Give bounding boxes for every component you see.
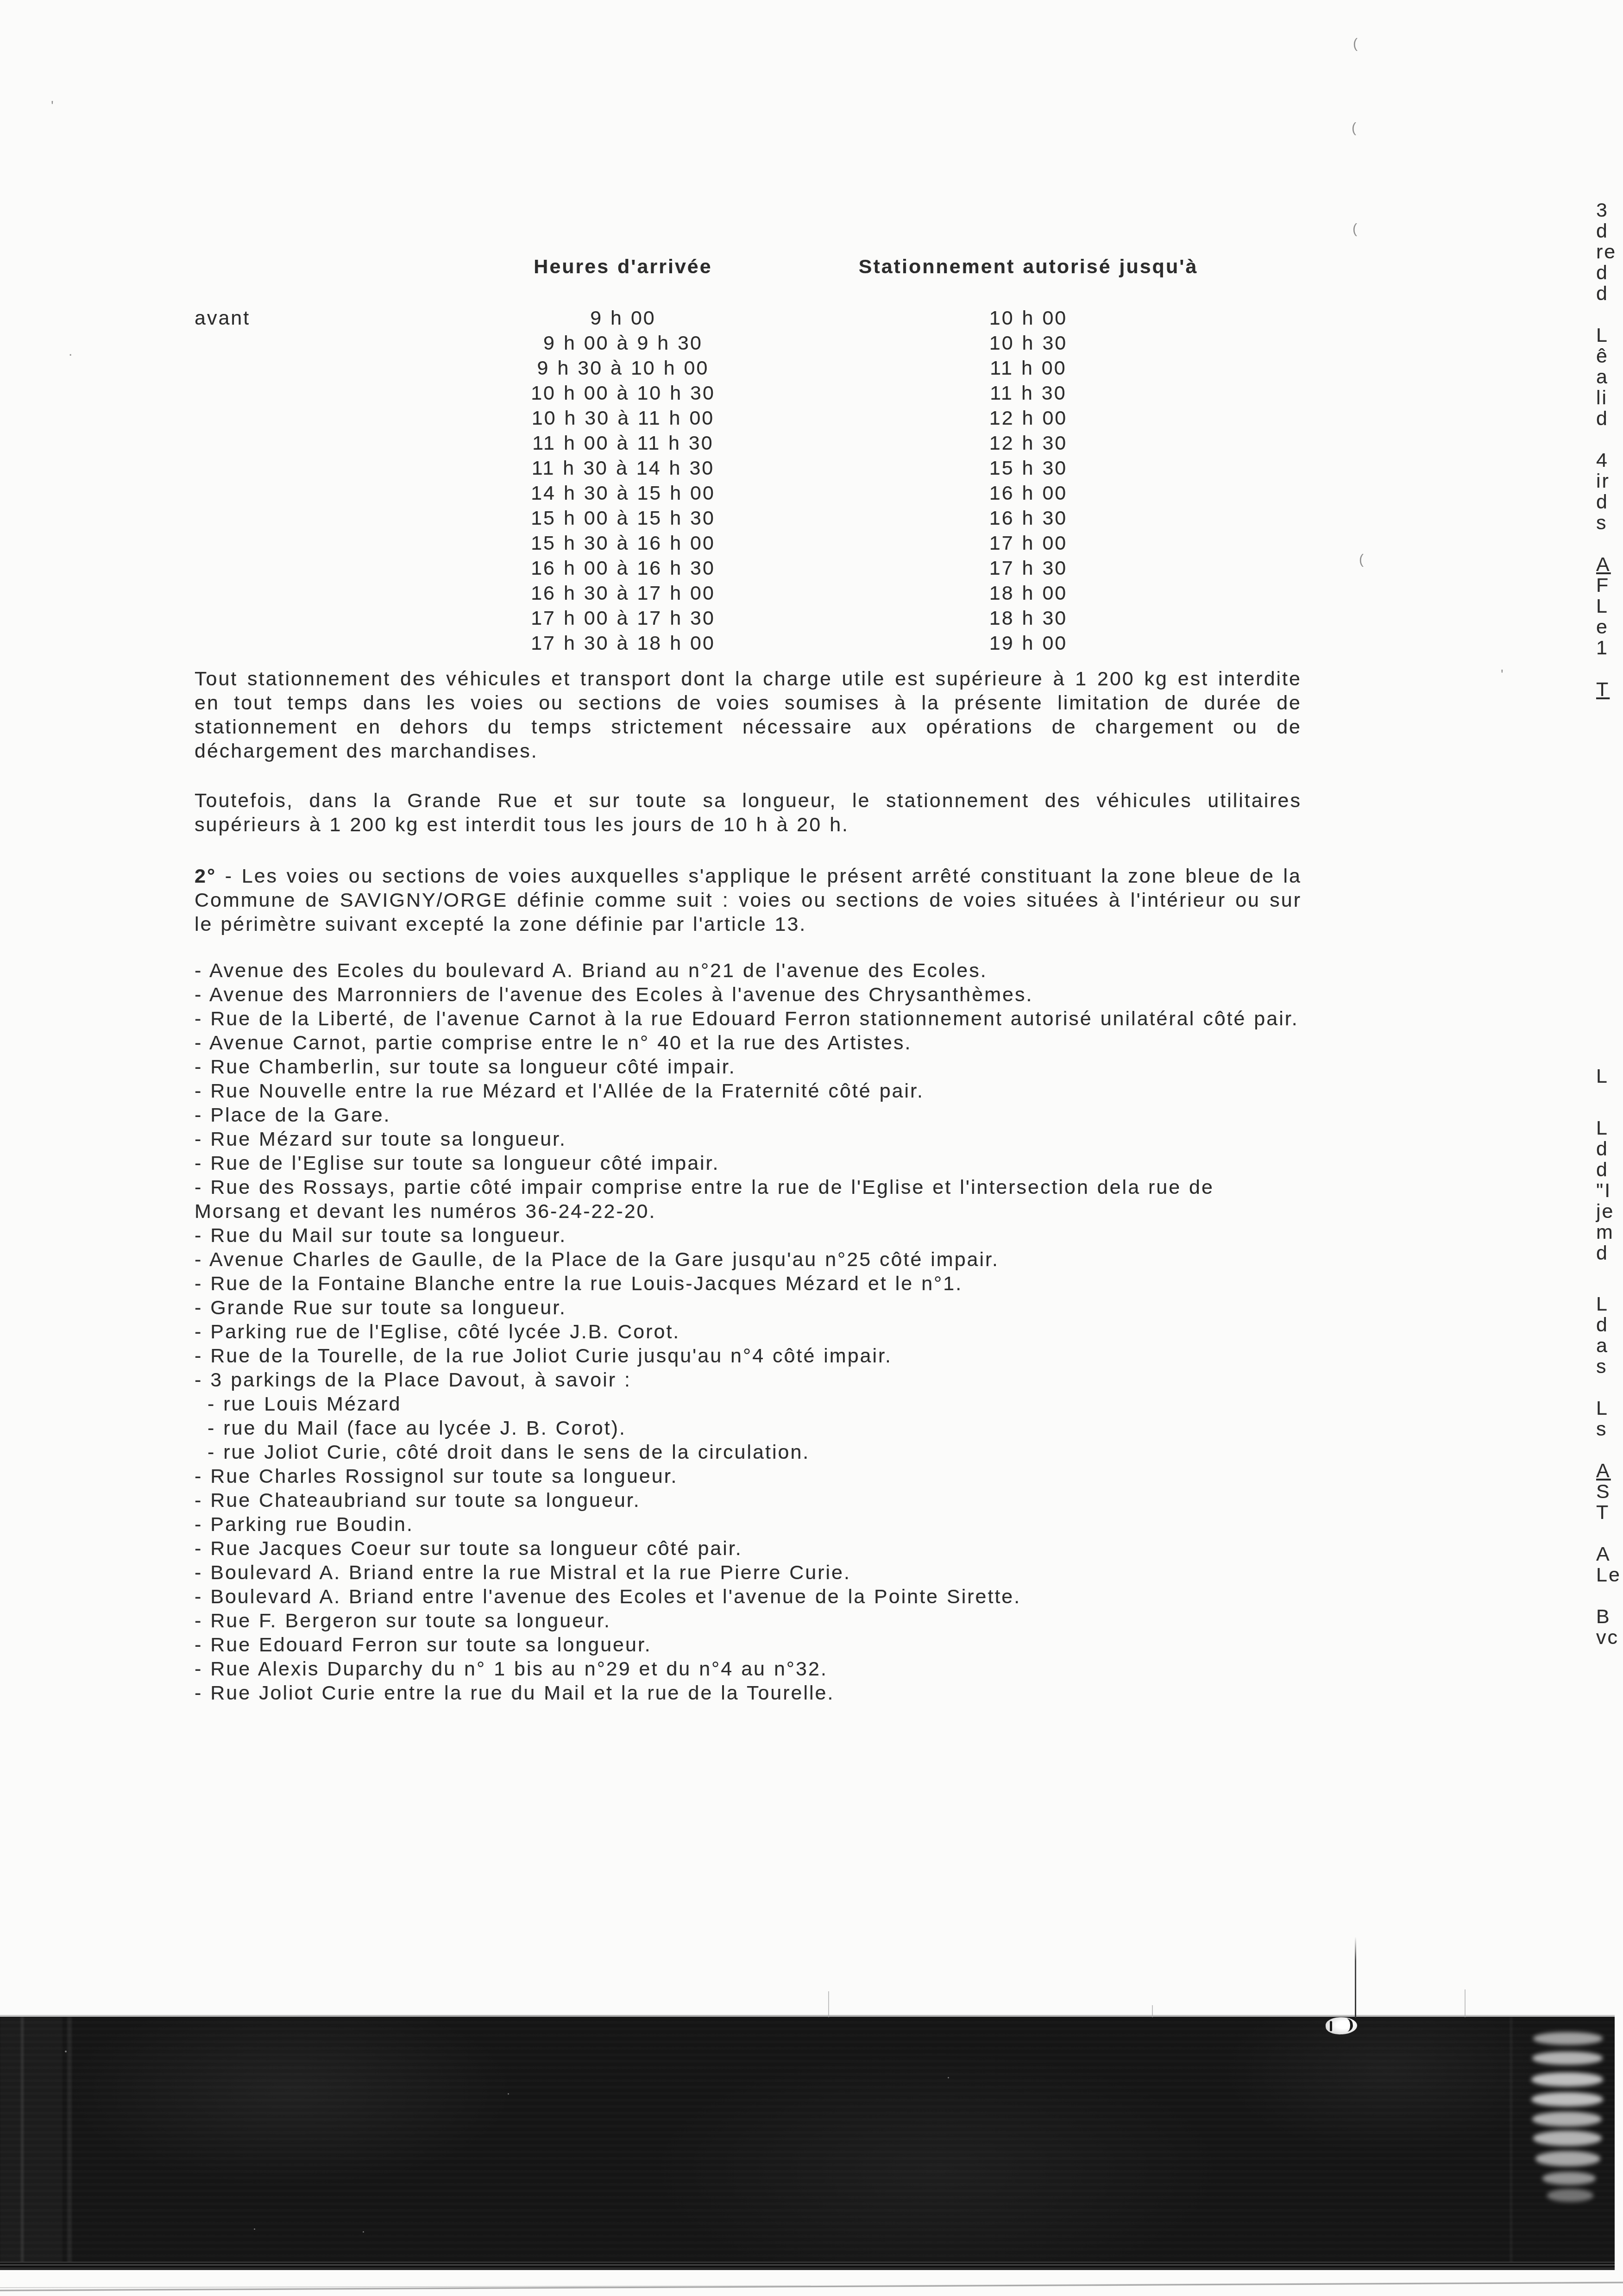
street-list-item: - Avenue Charles de Gaulle, de la Place …	[195, 1248, 1304, 1272]
street-list-item: - Rue des Rossays, partie côté impair co…	[195, 1175, 1304, 1223]
scan-tick	[1152, 2005, 1153, 2017]
street-list: - Avenue des Ecoles du boulevard A. Bria…	[195, 959, 1304, 1705]
edge-fragment-line: L	[1596, 1397, 1609, 1419]
table-cell-arrival: 15 h 30 à 16 h 00	[531, 532, 715, 555]
scan-speck: (	[1359, 552, 1364, 568]
edge-fragment-line: Le	[1596, 1564, 1621, 1586]
edge-fragment-line: A	[1596, 1543, 1611, 1565]
edge-fragment-line: F	[1596, 574, 1610, 596]
gel-ladder-band	[1535, 2151, 1600, 2166]
white-speck	[948, 2077, 949, 2078]
table-cell-arrival: 10 h 00 à 10 h 30	[531, 382, 715, 405]
edge-fragment-line: S	[1596, 1480, 1611, 1503]
gel-ladder-band	[1531, 2092, 1603, 2107]
street-list-item: - Avenue des Ecoles du boulevard A. Bria…	[195, 959, 1304, 983]
scan-band-bottom-edge	[0, 2262, 1615, 2270]
street-list-item: - rue du Mail (face au lycée J. B. Corot…	[195, 1416, 1304, 1440]
table-cell-until: 17 h 30	[989, 557, 1067, 580]
edge-fragment-line: d	[1596, 1159, 1609, 1181]
edge-fragment-line: "I	[1596, 1179, 1611, 1202]
white-speck	[254, 2228, 255, 2230]
scan-speck: (	[1352, 221, 1357, 237]
table-cell-arrival: 9 h 30 à 10 h 00	[537, 357, 709, 380]
edge-fragment-line: a	[1596, 1335, 1609, 1357]
table-cell-until: 11 h 00	[990, 357, 1066, 380]
table-cell-arrival: 9 h 00 à 9 h 30	[543, 332, 703, 355]
table-cell-arrival: 17 h 00 à 17 h 30	[531, 607, 715, 630]
edge-fragment-line: s	[1596, 512, 1608, 534]
street-list-item: - Rue Charles Rossignol sur toute sa lon…	[195, 1464, 1304, 1488]
gel-ladder-band	[1532, 2112, 1602, 2127]
blob-paren-mark	[1345, 2018, 1353, 2032]
table-header-until: Stationnement autorisé jusqu'à	[859, 256, 1198, 278]
table-cell-arrival: 11 h 30 à 14 h 30	[532, 457, 715, 480]
edge-fragment-line: 4	[1596, 449, 1609, 471]
edge-fragment-line: d	[1596, 491, 1609, 513]
street-list-item: - Rue Mézard sur toute sa longueur.	[195, 1127, 1304, 1151]
edge-fragment-line: B	[1596, 1606, 1611, 1628]
blob-tick-mark	[1330, 2021, 1332, 2031]
table-cell-until: 12 h 30	[989, 432, 1067, 455]
article-2-number: 2°	[195, 865, 216, 887]
edge-fragment-line: ir	[1596, 470, 1610, 492]
street-list-item: - Rue de la Liberté, de l'avenue Carnot …	[195, 1007, 1304, 1031]
edge-fragment-line: d	[1596, 1242, 1609, 1264]
table-cell-arrival: 16 h 30 à 17 h 00	[531, 582, 715, 605]
edge-fragment-line: s	[1596, 1418, 1608, 1440]
article-2-text: - Les voies ou sections de voies auxquel…	[195, 865, 1302, 935]
edge-fragment-line: vc	[1596, 1626, 1619, 1649]
table-row: 14 h 30 à 15 h 0016 h 00	[195, 482, 1302, 507]
edge-fragment-line: A	[1596, 553, 1611, 576]
table-cell-arrival: 17 h 30 à 18 h 00	[531, 632, 715, 655]
white-speck	[363, 2231, 364, 2233]
edge-fragment-line: d	[1596, 1314, 1609, 1336]
street-list-item: - Parking rue Boudin.	[195, 1512, 1304, 1537]
street-list-item: - Grande Rue sur toute sa longueur.	[195, 1296, 1304, 1320]
street-list-item: - Rue Joliot Curie entre la rue du Mail …	[195, 1681, 1304, 1705]
edge-fragment-line: d	[1596, 408, 1609, 430]
table-row: 10 h 00 à 10 h 3011 h 30	[195, 382, 1302, 407]
gel-ladder-band	[1533, 2131, 1602, 2146]
table-cell-until: 16 h 30	[989, 507, 1067, 530]
street-list-item: - Rue de l'Eglise sur toute sa longueur …	[195, 1151, 1304, 1175]
scan-streak	[67, 2017, 72, 2264]
scan-speck: '	[1501, 667, 1503, 683]
edge-fragment-line: a	[1596, 366, 1609, 388]
edge-fragment-line: d	[1596, 282, 1609, 305]
table-row: 10 h 30 à 11 h 0012 h 00	[195, 407, 1302, 432]
edge-fragment-line: T	[1596, 678, 1610, 701]
street-list-item: - Rue Jacques Coeur sur toute sa longueu…	[195, 1537, 1304, 1561]
scan-streak	[0, 2017, 63, 2264]
street-list-item: - Rue F. Bergeron sur toute sa longueur.	[195, 1609, 1304, 1633]
table-cell-arrival: 14 h 30 à 15 h 00	[531, 482, 715, 505]
table-row: 16 h 00 à 16 h 3017 h 30	[195, 557, 1302, 582]
table-row: 11 h 30 à 14 h 3015 h 30	[195, 457, 1302, 482]
street-list-item: - Rue Edouard Ferron sur toute sa longue…	[195, 1633, 1304, 1657]
street-list-item: - 3 parkings de la Place Davout, à savoi…	[195, 1368, 1304, 1392]
edge-fragment-line: d	[1596, 220, 1609, 242]
street-list-item: - Rue de la Fontaine Blanche entre la ru…	[195, 1272, 1304, 1296]
paragraph-weight-restriction: Tout stationnement des véhicules et tran…	[195, 667, 1302, 763]
gel-ladder-band	[1542, 2172, 1596, 2185]
table-cell-until: 16 h 00	[989, 482, 1067, 505]
table-cell-arrival: 9 h 00	[590, 307, 656, 330]
table-cell-until: 10 h 00	[989, 307, 1067, 330]
street-list-item: - Avenue Carnot, partie comprise entre l…	[195, 1031, 1304, 1055]
scan-speck: .	[69, 344, 72, 359]
edge-fragment-line: 1	[1596, 637, 1609, 659]
edge-fragment-line: je	[1596, 1200, 1614, 1223]
scanned-document-page: Heures d'arrivée Stationnement autorisé …	[0, 0, 1623, 2296]
scan-tick	[1465, 1989, 1466, 2017]
paragraph-article-2: 2° - Les voies ou sections de voies auxq…	[195, 864, 1302, 936]
table-cell-until: 18 h 00	[989, 582, 1067, 605]
edge-fragment-line: e	[1596, 616, 1609, 638]
gel-ladder-band	[1533, 2032, 1603, 2045]
table-cell-arrival: 15 h 00 à 15 h 30	[531, 507, 715, 530]
table-row: 11 h 00 à 11 h 3012 h 30	[195, 432, 1302, 457]
table-cell-until: 15 h 30	[989, 457, 1067, 480]
table-row: 16 h 30 à 17 h 0018 h 00	[195, 582, 1302, 607]
right-edge-cutoff-column: 3dreddLêalid4irdsAFLe1TLLdd"IjemdLdasLsA…	[1595, 0, 1623, 2296]
edge-fragment-line: L	[1596, 1293, 1609, 1315]
edge-fragment-line: m	[1596, 1221, 1614, 1243]
edge-fragment-line: A	[1596, 1460, 1611, 1482]
street-list-item: - rue Louis Mézard	[195, 1392, 1304, 1416]
gel-ladder-band	[1532, 2051, 1603, 2065]
edge-fragment-line: ê	[1596, 345, 1609, 367]
table-cell-until: 11 h 30	[990, 382, 1066, 405]
scanner-black-band	[0, 2017, 1615, 2264]
parking-table-rows: avant9 h 0010 h 009 h 00 à 9 h 3010 h 30…	[195, 307, 1302, 657]
street-list-item: - Rue Chamberlin, sur toute sa longueur …	[195, 1055, 1304, 1079]
edge-fragment-line: L	[1596, 595, 1609, 617]
street-list-item: - Avenue des Marronniers de l'avenue des…	[195, 983, 1304, 1007]
scan-speck: (	[1353, 36, 1358, 52]
street-list-item: - rue Joliot Curie, côté droit dans le s…	[195, 1440, 1304, 1464]
street-list-item: - Boulevard A. Briand entre l'avenue des…	[195, 1585, 1304, 1609]
table-row: 15 h 00 à 15 h 3016 h 30	[195, 507, 1302, 532]
table-cell-until: 12 h 00	[989, 407, 1067, 430]
table-row: 15 h 30 à 16 h 0017 h 00	[195, 532, 1302, 557]
parking-table-header: Heures d'arrivée Stationnement autorisé …	[195, 256, 1302, 283]
table-cell-arrival: 16 h 00 à 16 h 30	[531, 557, 715, 580]
edge-fragment-line: T	[1596, 1501, 1610, 1524]
white-speck	[508, 2093, 509, 2095]
scan-speck: '	[51, 98, 54, 114]
scan-speck: (	[1352, 120, 1356, 136]
table-row: 17 h 00 à 17 h 3018 h 30	[195, 607, 1302, 632]
street-list-item: - Rue Nouvelle entre la rue Mézard et l'…	[195, 1079, 1304, 1103]
table-cell-until: 19 h 00	[989, 632, 1067, 655]
street-list-item: - Rue de la Tourelle, de la rue Joliot C…	[195, 1344, 1304, 1368]
white-speck	[65, 2051, 67, 2052]
table-header-arrival: Heures d'arrivée	[534, 256, 712, 278]
table-row: 9 h 00 à 9 h 3010 h 30	[195, 332, 1302, 357]
edge-fragment-line: L	[1596, 1065, 1609, 1087]
street-list-item: - Rue Alexis Duparchy du n° 1 bis au n°2…	[195, 1657, 1304, 1681]
table-cell-until: 17 h 00	[989, 532, 1067, 555]
scan-streak	[1510, 2017, 1512, 2264]
street-list-item: - Rue Chateaubriand sur toute sa longueu…	[195, 1488, 1304, 1512]
street-list-item: - Boulevard A. Briand entre la rue Mistr…	[195, 1561, 1304, 1585]
edge-fragment-line: L	[1596, 1117, 1609, 1139]
vertical-scratch-line	[1355, 1937, 1356, 2018]
table-cell-arrival: 10 h 30 à 11 h 00	[532, 407, 715, 430]
table-row-label: avant	[195, 307, 250, 330]
scan-tick	[828, 1991, 829, 2017]
gel-ladder-band	[1547, 2189, 1593, 2202]
paragraph-grande-rue: Toutefois, dans la Grande Rue et sur tou…	[195, 789, 1302, 837]
table-cell-until: 10 h 30	[989, 332, 1067, 355]
edge-fragment-line: L	[1596, 324, 1609, 346]
gel-ladder-band	[1531, 2072, 1603, 2087]
street-list-item: - Rue du Mail sur toute sa longueur.	[195, 1223, 1304, 1248]
street-list-item: - Place de la Gare.	[195, 1103, 1304, 1127]
edge-fragment-line: d	[1596, 262, 1609, 284]
table-cell-until: 18 h 30	[989, 607, 1067, 630]
edge-fragment-line: li	[1596, 387, 1608, 409]
table-row: avant9 h 0010 h 00	[195, 307, 1302, 332]
table-row: 9 h 30 à 10 h 0011 h 00	[195, 357, 1302, 382]
edge-fragment-line: d	[1596, 1138, 1609, 1160]
table-row: 17 h 30 à 18 h 0019 h 00	[195, 632, 1302, 657]
street-list-item: - Parking rue de l'Eglise, côté lycée J.…	[195, 1320, 1304, 1344]
edge-fragment-line: re	[1596, 241, 1617, 263]
edge-fragment-line: 3	[1596, 199, 1609, 221]
edge-fragment-line: s	[1596, 1355, 1608, 1378]
table-cell-arrival: 11 h 00 à 11 h 30	[532, 432, 713, 455]
